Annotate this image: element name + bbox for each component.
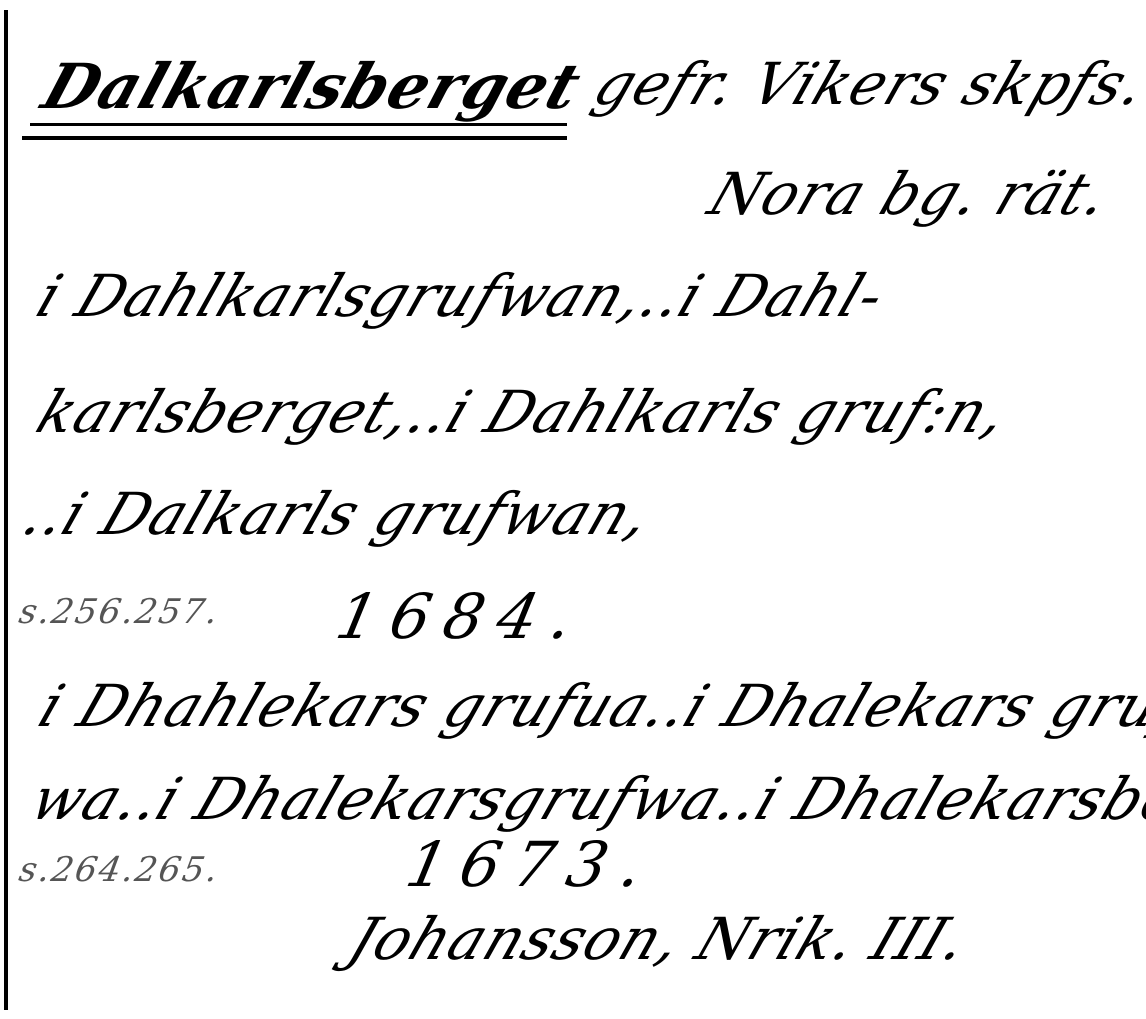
variant-line-1: i Dahlkarlsgrufwan,..i Dahl- [28,262,895,330]
margin-rule [4,10,8,1010]
heading-underline [30,123,567,126]
variant-line-5: wa..i Dhalekarsgrufwa..i Dhalekarsberget [22,765,1146,833]
year-1684: 1684. [330,580,593,653]
heading-suffix: gefr. Vikers skpfs. [585,50,1146,118]
heading-double-underline [22,136,567,140]
parish-line: Nora bg. rät. [700,160,1119,228]
card-heading: Dalkarlsberget [34,50,590,123]
signature: Johansson, Nrik. III. [340,905,978,973]
page-reference-2: s.264.265. [16,850,223,890]
page-reference-1: s.256.257. [16,592,223,632]
variant-line-4: i Dhahlekars grufua..i Dhalekars gruf- [30,672,1146,740]
variant-line-2: karlsberget,..i Dahlkarls gruf:n, [28,378,1018,446]
year-1673: 1673. [400,828,663,901]
index-card: Dalkarlsberget gefr. Vikers skpfs. Nora … [0,0,1146,1019]
variant-line-3: ..i Dalkarls grufwan, [14,480,661,548]
